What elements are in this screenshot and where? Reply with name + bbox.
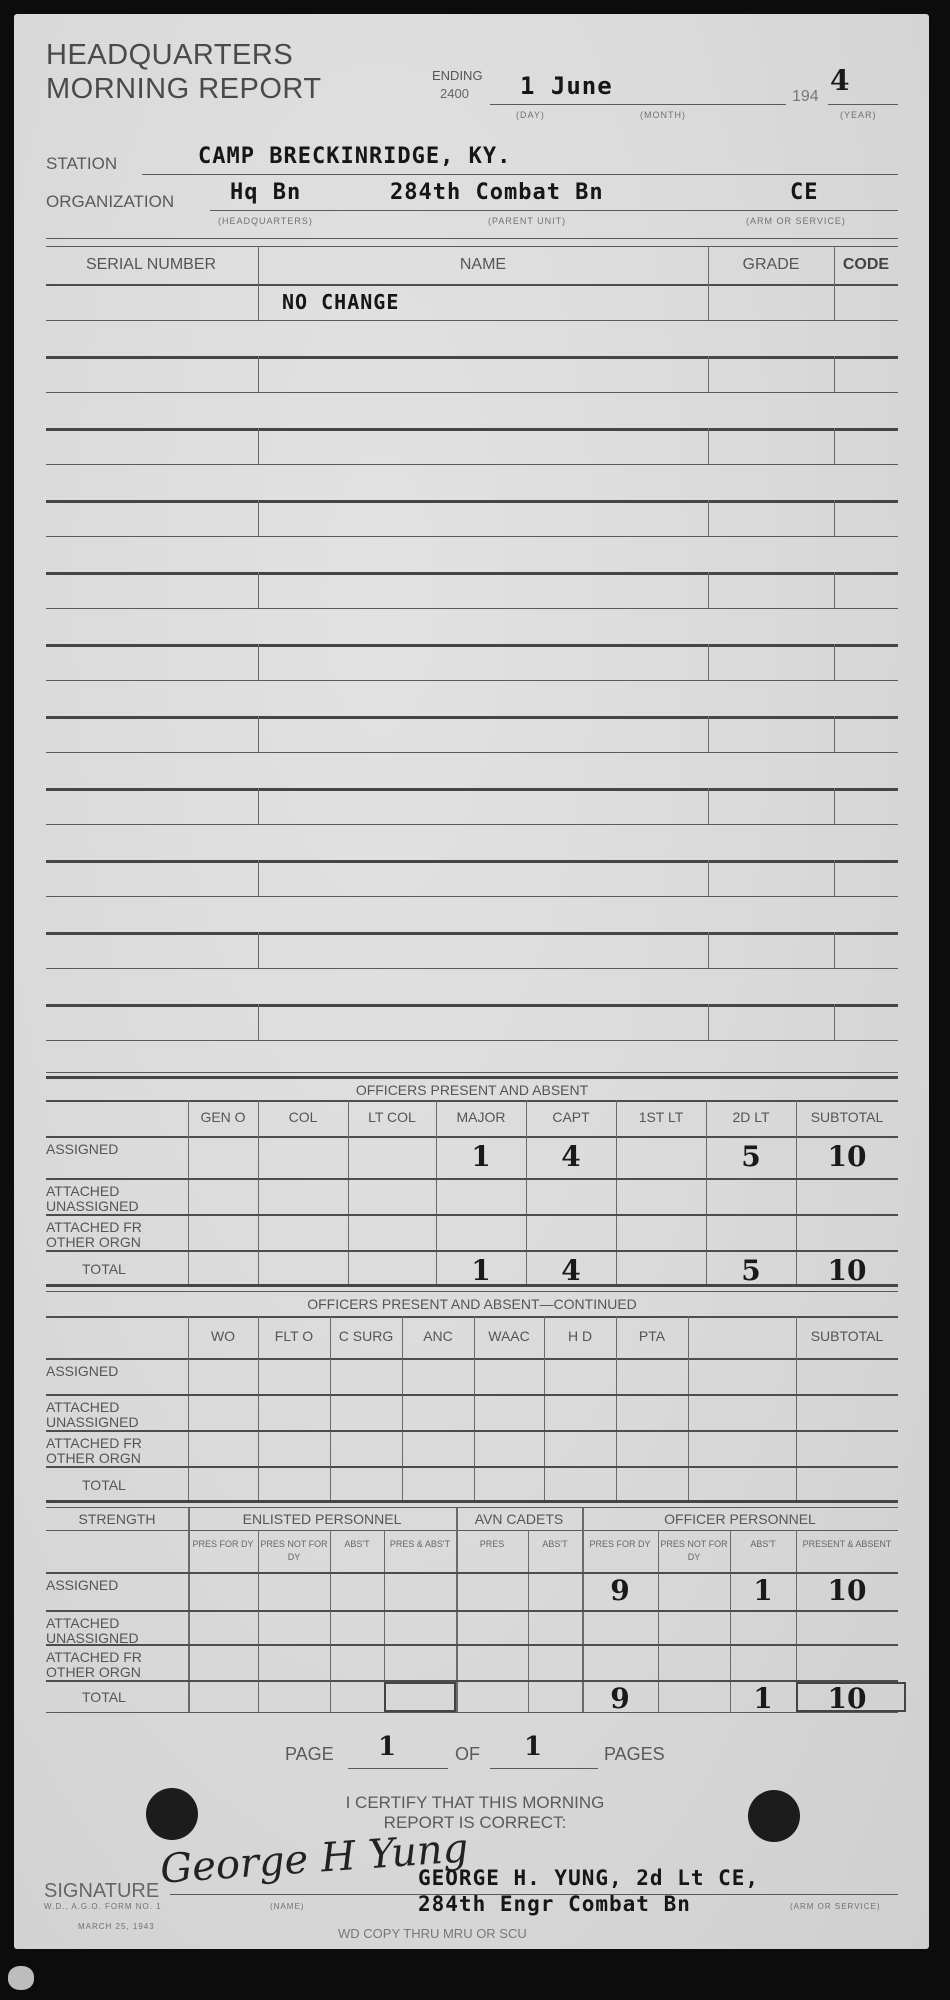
- table-line: [46, 1136, 898, 1138]
- roster-row-line: [46, 968, 898, 969]
- roster-row-line: [46, 428, 898, 431]
- table-col-divider: [528, 1530, 529, 1712]
- cell-value: 1: [730, 1682, 796, 1715]
- row-label: ATTACHED UNASSIGNED: [46, 1184, 156, 1214]
- group-header: AVN CADETS: [456, 1511, 582, 1527]
- roster-col-divider: [834, 644, 835, 680]
- subcolumn-header: ABS'T: [528, 1538, 582, 1551]
- roster-row-line: [46, 1004, 898, 1007]
- roster-col-divider: [834, 500, 835, 536]
- page-underline: [348, 1768, 448, 1769]
- roster-row-line: [46, 572, 898, 575]
- roster-row-line: [46, 932, 898, 935]
- certify-line1: I CERTIFY THAT THIS MORNING: [210, 1793, 740, 1813]
- cell-value: 5: [706, 1140, 796, 1173]
- hole-punch-left: [146, 1788, 198, 1840]
- of-value: 1: [524, 1732, 542, 1762]
- enlisted-total-box: [384, 1682, 456, 1712]
- subcolumn-header: PRES & ABS'T: [384, 1538, 456, 1551]
- table-col-divider: [616, 1100, 617, 1284]
- roster-col-divider: [834, 356, 835, 392]
- table-line: [46, 1284, 898, 1287]
- row-label: ASSIGNED: [46, 1364, 156, 1379]
- organization-underline: [210, 210, 898, 211]
- station-value: CAMP BRECKINRIDGE, KY.: [198, 144, 511, 169]
- table-line: [46, 1644, 898, 1646]
- roster-col-divider: [708, 356, 709, 392]
- roster-row-line: [46, 356, 898, 359]
- roster-row-line: [46, 500, 898, 503]
- roster-col-divider: [708, 284, 709, 320]
- cell-value: 4: [526, 1140, 616, 1173]
- roster-row-line: [46, 1040, 898, 1041]
- column-header: H D: [544, 1328, 616, 1344]
- parent-unit-value: 284th Combat Bn: [390, 180, 604, 205]
- table-line: [46, 1250, 898, 1252]
- column-header: COL: [258, 1109, 348, 1125]
- table-line: [46, 1316, 898, 1318]
- year-underline: [828, 104, 898, 105]
- officers-continued-title: OFFICERS PRESENT AND ABSENT—CONTINUED: [46, 1296, 898, 1312]
- table-line: [46, 1610, 898, 1612]
- column-header: WAAC: [474, 1328, 544, 1344]
- roster-col-divider: [258, 788, 259, 824]
- roster-col-divider: [834, 246, 835, 284]
- certify-line2: REPORT IS CORRECT:: [210, 1813, 740, 1833]
- column-header: 2D LT: [706, 1109, 796, 1125]
- cell-value: 1: [436, 1254, 526, 1287]
- roster-row-line: [46, 680, 898, 681]
- col-grade: GRADE: [708, 256, 834, 274]
- roster-bottom-line: [46, 1072, 898, 1073]
- pages-label: PAGES: [604, 1744, 665, 1765]
- ending-time: 2400: [440, 86, 469, 101]
- subcolumn-header: PRES NOT FOR DY: [258, 1538, 330, 1564]
- roster-col-divider: [258, 500, 259, 536]
- roster-col-divider: [708, 500, 709, 536]
- ending-label: ENDING: [432, 68, 483, 83]
- roster-row-line: [46, 752, 898, 753]
- paper-blot: [8, 1966, 34, 1990]
- officers-title: OFFICERS PRESENT AND ABSENT: [46, 1082, 898, 1098]
- roster-col-divider: [258, 572, 259, 608]
- roster-row-line: [46, 788, 898, 791]
- roster-row-line: [46, 824, 898, 825]
- roster-col-divider: [834, 428, 835, 464]
- group-header: ENLISTED PERSONNEL: [188, 1511, 456, 1527]
- roster-col-divider: [258, 356, 259, 392]
- roster-row-line: [46, 860, 898, 863]
- roster-col-divider: [258, 246, 259, 284]
- cell-value: 10: [796, 1574, 898, 1607]
- roster-col-divider: [834, 860, 835, 896]
- table-line: [46, 1712, 898, 1713]
- row-label: ATTACHED FR OTHER ORGN: [46, 1436, 156, 1466]
- roster-col-divider: [708, 932, 709, 968]
- col-serial-number: SERIAL NUMBER: [46, 256, 256, 274]
- day-caption: (DAY): [516, 110, 545, 120]
- row-label: ASSIGNED: [46, 1578, 156, 1593]
- page-label: PAGE: [285, 1744, 334, 1765]
- column-header: C SURG: [330, 1328, 402, 1344]
- column-header: CAPT: [526, 1109, 616, 1125]
- signature-underline: [170, 1894, 898, 1895]
- roster-row-line: [46, 896, 898, 897]
- roster-row-line: [46, 392, 898, 393]
- roster-top-border-inner: [46, 246, 898, 247]
- row-label: TOTAL: [82, 1262, 162, 1277]
- subcolumn-header: PRES FOR DY: [582, 1538, 658, 1551]
- roster-col-divider: [708, 788, 709, 824]
- roster-col-divider: [708, 428, 709, 464]
- column-header: SUBTOTAL: [796, 1328, 898, 1344]
- roster-row-line: [46, 608, 898, 609]
- table-line: [46, 1394, 898, 1396]
- table-line: [46, 1430, 898, 1432]
- roster-row-line: [46, 536, 898, 537]
- table-line: [46, 1466, 898, 1468]
- of-label: OF: [455, 1744, 480, 1765]
- roster-col-divider: [708, 716, 709, 752]
- cell-value: 10: [796, 1140, 898, 1173]
- hole-punch-right: [748, 1790, 800, 1842]
- table-line: [46, 1500, 898, 1503]
- group-header: OFFICER PERSONNEL: [582, 1511, 898, 1527]
- roster-col-divider: [834, 1004, 835, 1040]
- roster-col-divider: [708, 572, 709, 608]
- month-caption: (MONTH): [640, 110, 686, 120]
- roster-col-divider: [834, 572, 835, 608]
- parent-unit-caption: (PARENT UNIT): [488, 216, 566, 226]
- service-caption: (ARM OR SERVICE): [790, 1902, 881, 1911]
- year-caption: (YEAR): [840, 110, 877, 120]
- roster-col-divider: [708, 644, 709, 680]
- column-header: ANC: [402, 1328, 474, 1344]
- roster-row-line: [46, 1076, 898, 1079]
- roster-top-border: [46, 238, 898, 239]
- subcolumn-header: ABS'T: [730, 1538, 796, 1551]
- roster-header-line: [46, 284, 898, 286]
- cell-value: 9: [582, 1574, 658, 1607]
- roster-col-divider: [258, 860, 259, 896]
- roster-col-divider: [258, 428, 259, 464]
- column-header: SUBTOTAL: [796, 1109, 898, 1125]
- roster-col-divider: [834, 716, 835, 752]
- column-header: LT COL: [348, 1109, 436, 1125]
- roster-col-divider: [258, 716, 259, 752]
- table-line: [46, 1507, 898, 1508]
- table-line: [46, 1178, 898, 1180]
- year-prefix: 194: [792, 88, 819, 106]
- cell-value: 5: [706, 1254, 796, 1287]
- officer-total-box: [796, 1682, 906, 1712]
- roster-col-divider: [834, 284, 835, 320]
- year-value: 4: [830, 64, 849, 97]
- form-title-line1: HEADQUARTERS: [46, 38, 293, 72]
- subcolumn-header: PRES FOR DY: [188, 1538, 258, 1551]
- routing-note: WD COPY THRU MRU OR SCU: [338, 1926, 527, 1941]
- row-label: ATTACHED UNASSIGNED: [46, 1616, 156, 1646]
- headquarters-caption: (HEADQUARTERS): [218, 216, 313, 226]
- signature-typed-name: GEORGE H. YUNG, 2d Lt CE,: [418, 1866, 759, 1890]
- column-header: 1ST LT: [616, 1109, 706, 1125]
- col-name: NAME: [258, 256, 708, 274]
- name-caption: (NAME): [270, 1902, 304, 1911]
- subcolumn-header: PRES NOT FOR DY: [658, 1538, 730, 1564]
- column-header: PTA: [616, 1328, 688, 1344]
- station-label: STATION: [46, 154, 117, 174]
- subcolumn-header: ABS'T: [330, 1538, 384, 1551]
- col-code: CODE: [834, 256, 898, 274]
- roster-col-divider: [834, 788, 835, 824]
- roster-col-divider: [834, 932, 835, 968]
- cell-value: 4: [526, 1254, 616, 1287]
- arm-service-value: CE: [790, 180, 819, 205]
- roster-col-divider: [708, 860, 709, 896]
- page-value: 1: [378, 1732, 396, 1762]
- strength-label: STRENGTH: [46, 1511, 188, 1527]
- table-col-divider: [330, 1530, 331, 1712]
- cell-value: 9: [582, 1682, 658, 1715]
- row-label: ATTACHED UNASSIGNED: [46, 1400, 156, 1430]
- row-label: ATTACHED FR OTHER ORGN: [46, 1220, 156, 1250]
- roster-row-line: [46, 464, 898, 465]
- report-date: 1 June: [520, 72, 613, 100]
- roster-entry: NO CHANGE: [282, 290, 399, 314]
- roster-row-line: [46, 320, 898, 321]
- roster-col-divider: [708, 1004, 709, 1040]
- table-line: [46, 1214, 898, 1216]
- cell-value: 1: [730, 1574, 796, 1607]
- organization-label: ORGANIZATION: [46, 192, 174, 212]
- table-col-divider: [348, 1100, 349, 1284]
- table-line: [46, 1100, 898, 1102]
- table-col-divider: [688, 1316, 689, 1500]
- of-underline: [490, 1768, 598, 1769]
- row-label: ASSIGNED: [46, 1142, 156, 1157]
- column-header: FLT O: [258, 1328, 330, 1344]
- column-header: WO: [188, 1328, 258, 1344]
- arm-caption: (ARM OR SERVICE): [746, 216, 846, 226]
- subcolumn-header: PRESENT & ABSENT: [796, 1538, 898, 1551]
- roster-col-divider: [258, 644, 259, 680]
- form-title-line2: MORNING REPORT: [46, 72, 322, 106]
- cell-value: 10: [796, 1254, 898, 1287]
- roster-col-divider: [258, 284, 259, 320]
- roster-col-divider: [258, 1004, 259, 1040]
- table-line: [46, 1291, 898, 1292]
- table-line: [46, 1530, 898, 1531]
- form-date: MARCH 25, 1943: [78, 1922, 155, 1931]
- row-label: ATTACHED FR OTHER ORGN: [46, 1650, 156, 1680]
- table-col-divider: [258, 1100, 259, 1284]
- cell-value: 1: [436, 1140, 526, 1173]
- table-col-divider: [188, 1100, 189, 1284]
- row-label: TOTAL: [82, 1478, 162, 1493]
- headquarters-value: Hq Bn: [230, 180, 301, 205]
- table-line: [46, 1358, 898, 1360]
- roster-col-divider: [258, 932, 259, 968]
- roster-row-line: [46, 716, 898, 719]
- signature-typed-unit: 284th Engr Combat Bn: [418, 1892, 691, 1916]
- column-header: MAJOR: [436, 1109, 526, 1125]
- station-underline: [142, 174, 898, 175]
- roster-col-divider: [708, 246, 709, 284]
- signature-label: SIGNATURE: [44, 1880, 159, 1903]
- row-label: TOTAL: [82, 1690, 162, 1705]
- column-header: GEN O: [188, 1109, 258, 1125]
- subcolumn-header: PRES: [456, 1538, 528, 1551]
- date-underline: [490, 104, 786, 105]
- roster-row-line: [46, 644, 898, 647]
- form-id: W.D., A.G.O. FORM NO. 1: [44, 1902, 162, 1911]
